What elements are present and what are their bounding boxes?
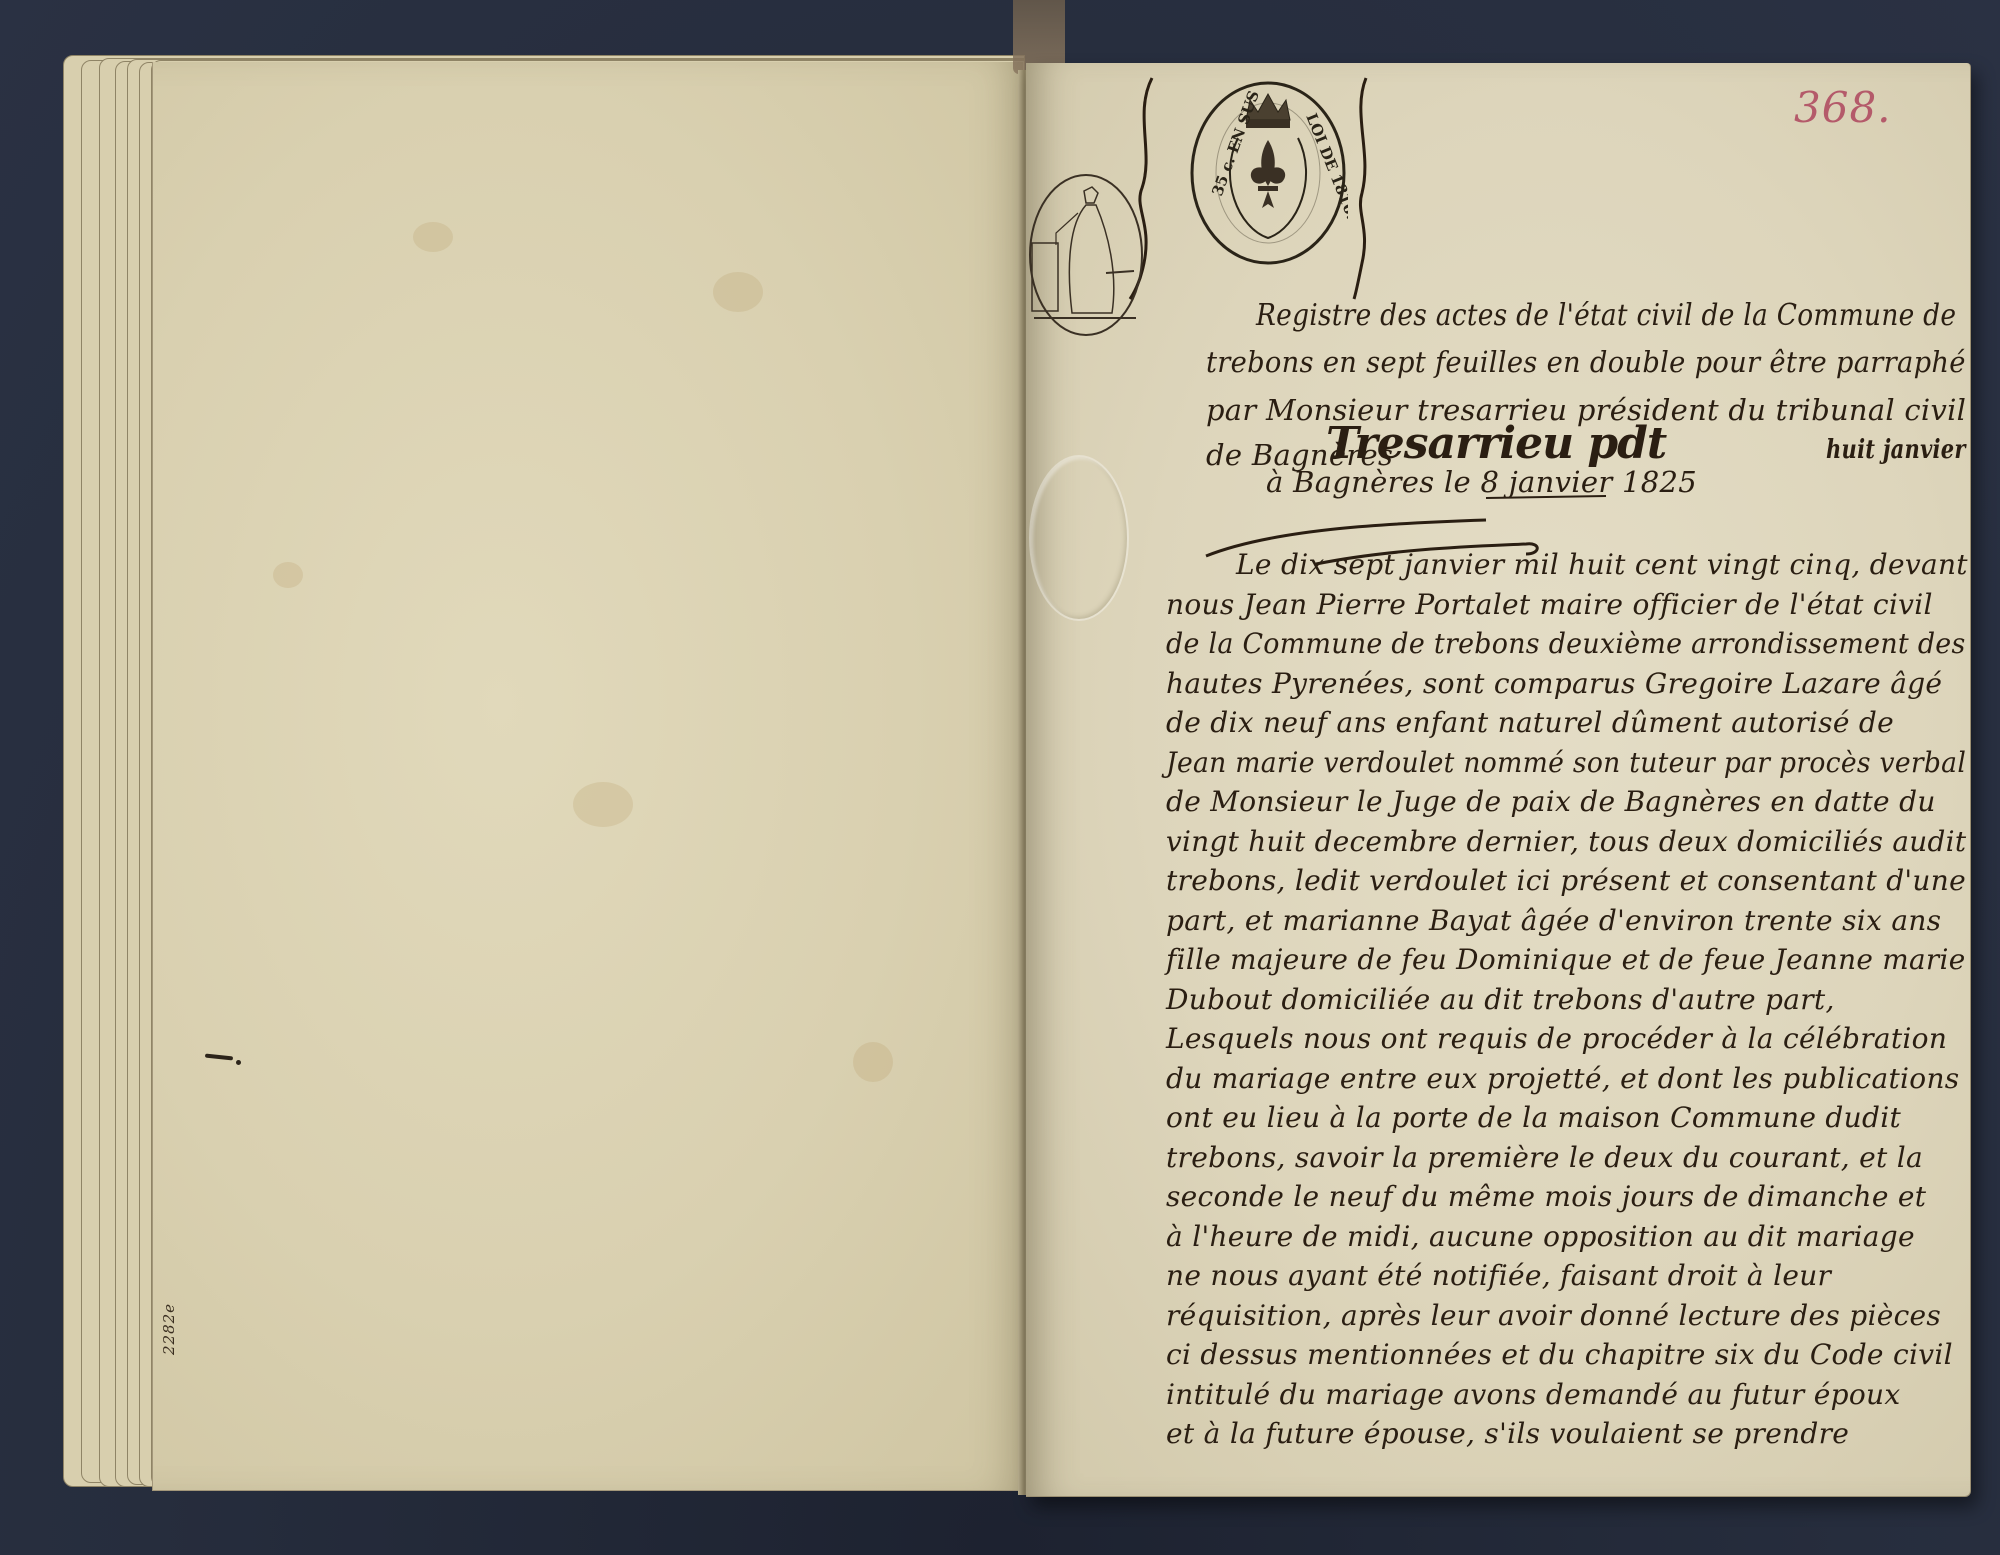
- body-line: du mariage entre eux projetté, et dont l…: [1166, 1062, 1959, 1095]
- body-line: Lesquels nous ont requis de procéder à l…: [1166, 1022, 1947, 1055]
- justice-vignette-icon: [1026, 173, 1146, 338]
- body-line: fille majeure de feu Dominique et de feu…: [1166, 943, 1965, 976]
- body-line: et à la future épouse, s'ils voulaient s…: [1166, 1417, 1849, 1450]
- embossed-seal-icon: [1029, 455, 1129, 621]
- right-brace-flourish: [1344, 73, 1384, 303]
- header-line: Registre des actes de l'état civil de la…: [1256, 298, 1956, 333]
- scanned-book-spread: 2282e 35 c. EN SUS LOI DE 181: [0, 0, 2000, 1555]
- body-line: de Monsieur le Juge de paix de Bagnères …: [1166, 785, 1936, 818]
- left-marginalia: 2282e: [160, 1303, 178, 1355]
- folio-number: 368.: [1794, 83, 1892, 132]
- body-line: nous Jean Pierre Portalet maire officier…: [1166, 588, 1933, 621]
- body-line: Jean marie verdoulet nommé son tuteur pa…: [1166, 746, 1966, 779]
- left-page: [152, 62, 1023, 1491]
- body-line: Dubout domiciliée au dit trebons d'autre…: [1166, 983, 1835, 1016]
- body-line: part, et marianne Bayat âgée d'environ t…: [1166, 904, 1941, 937]
- foxing-spot: [853, 1042, 893, 1082]
- tax-stamp-right-text: LOI DE 1816.: [1302, 111, 1348, 222]
- right-page: 35 c. EN SUS LOI DE 1816. 368. Registre …: [1026, 63, 1971, 1497]
- foxing-spot: [713, 272, 763, 312]
- body-line: ci dessus mentionnées et du chapitre six…: [1166, 1338, 1953, 1371]
- body-line: à l'heure de midi, aucune opposition au …: [1166, 1220, 1915, 1253]
- body-line: hautes Pyrenées, sont comparus Gregoire …: [1166, 667, 1942, 700]
- foxing-spot: [413, 222, 453, 252]
- body-line: vingt huit decembre dernier, tous deux d…: [1166, 825, 1966, 858]
- header-line: trebons en sept feuilles en double pour …: [1206, 345, 1966, 379]
- body-line: Le dix sept janvier mil huit cent vingt …: [1236, 548, 1968, 581]
- body-line: réquisition, après leur avoir donné lect…: [1166, 1299, 1941, 1332]
- body-line: ne nous ayant été notifiée, faisant droi…: [1166, 1259, 1831, 1292]
- body-line: de la Commune de trebons deuxième arrond…: [1166, 627, 1966, 660]
- body-line: intitulé du mariage avons demandé au fut…: [1166, 1378, 1900, 1411]
- body-line: seconde le neuf du même mois jours de di…: [1166, 1180, 1926, 1213]
- body-line: trebons, savoir la première le deux du c…: [1166, 1141, 1923, 1174]
- tax-stamp-icon: 35 c. EN SUS LOI DE 1816.: [1188, 78, 1348, 268]
- foxing-spot: [573, 782, 633, 827]
- foxing-spot: [273, 562, 303, 588]
- body-line: ont eu lieu à la porte de la maison Comm…: [1166, 1101, 1901, 1134]
- header-note: huit janvier: [1826, 435, 1966, 465]
- ink-dot: [236, 1060, 241, 1065]
- signature: Tresarrieu pdt: [1326, 418, 1666, 469]
- body-line: de dix neuf ans enfant naturel dûment au…: [1166, 706, 1894, 739]
- body-line: trebons, ledit verdoulet ici présent et …: [1166, 864, 1966, 897]
